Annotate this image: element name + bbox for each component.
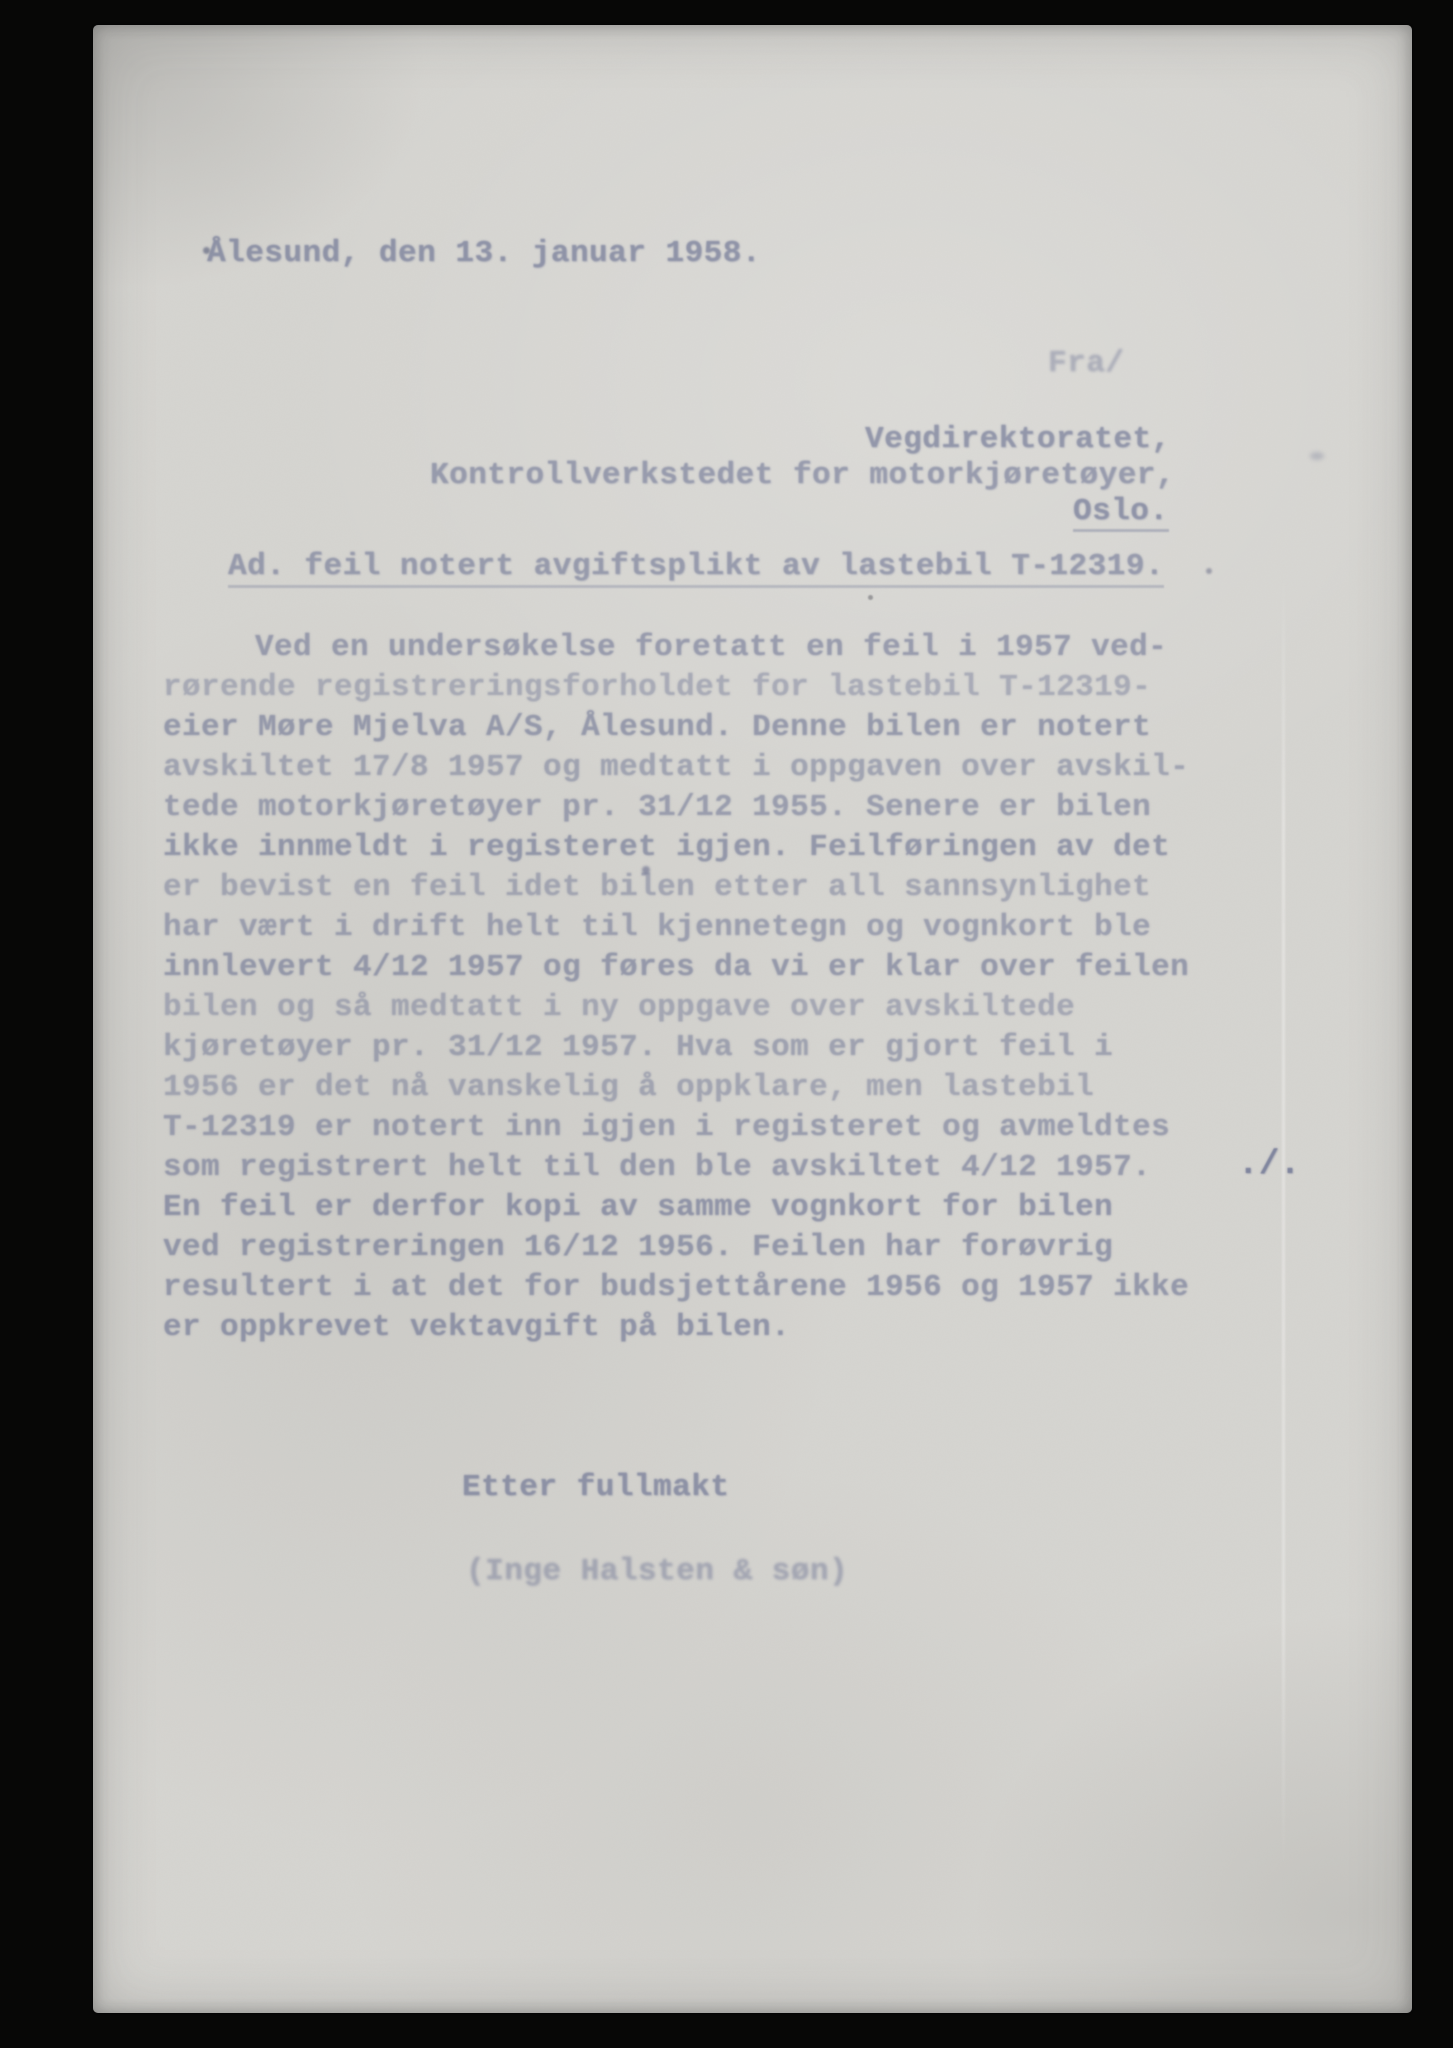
body-line: er oppkrevet vektavgift på bilen.: [163, 1310, 1223, 1350]
body-line: resultert i at det for budsjettårene 195…: [163, 1270, 1223, 1310]
body-line: kjøretøyer pr. 31/12 1957. Hva som er gj…: [163, 1030, 1223, 1070]
body-line: avskiltet 17/8 1957 og medtatt i oppgave…: [163, 750, 1223, 790]
body-line: er bevist en feil idet bilen etter all s…: [163, 870, 1223, 910]
body-line: som registrert helt til den ble avskilte…: [163, 1150, 1223, 1190]
recipient-city: Oslo.: [1073, 496, 1169, 532]
letter-body: Ved en undersøkelse foretatt en feil i 1…: [163, 630, 1223, 1350]
body-line: 1956 er det nå vanskelig å oppklare, men…: [163, 1070, 1223, 1110]
body-line: eier Møre Mjelva A/S, Ålesund. Denne bil…: [163, 710, 1223, 750]
body-line: Ved en undersøkelse foretatt en feil i 1…: [163, 630, 1223, 670]
body-line: tede motorkjøretøyer pr. 31/12 1955. Sen…: [163, 790, 1223, 830]
body-line: bilen og så medtatt i ny oppgave over av…: [163, 990, 1223, 1030]
body-line: rørende registreringsforholdet for laste…: [163, 670, 1223, 710]
recipient-department: Kontrollverkstedet for motorkjøretøyer,: [430, 460, 1175, 491]
recipient-name: Vegdirektoratet,: [865, 424, 1171, 455]
body-line: innlevert 4/12 1957 og føres da vi er kl…: [163, 950, 1223, 990]
body-line: har vært i drift helt til kjennetegn og …: [163, 910, 1223, 950]
closing-line: Etter fullmakt: [462, 1472, 729, 1503]
scanner-background: { "page": { "background_color": "#070706…: [0, 0, 1453, 2048]
margin-annotation: ./.: [1238, 1148, 1301, 1182]
letter-from-label: Fra/: [1048, 348, 1124, 379]
body-line: En feil er derfor kopi av samme vognkort…: [163, 1190, 1223, 1230]
signature-line: (Inge Halsten & søn): [466, 1556, 848, 1587]
body-line: ved registreringen 16/12 1956. Feilen ha…: [163, 1230, 1223, 1270]
subject-line: Ad. feil notert avgiftsplikt av lastebil…: [228, 551, 1164, 588]
body-line: T-12319 er notert inn igjen i registeret…: [163, 1110, 1223, 1150]
body-line: ikke innmeldt i registeret igjen. Feilfø…: [163, 830, 1223, 870]
letter-dateline: Ålesund, den 13. januar 1958.: [207, 238, 761, 269]
